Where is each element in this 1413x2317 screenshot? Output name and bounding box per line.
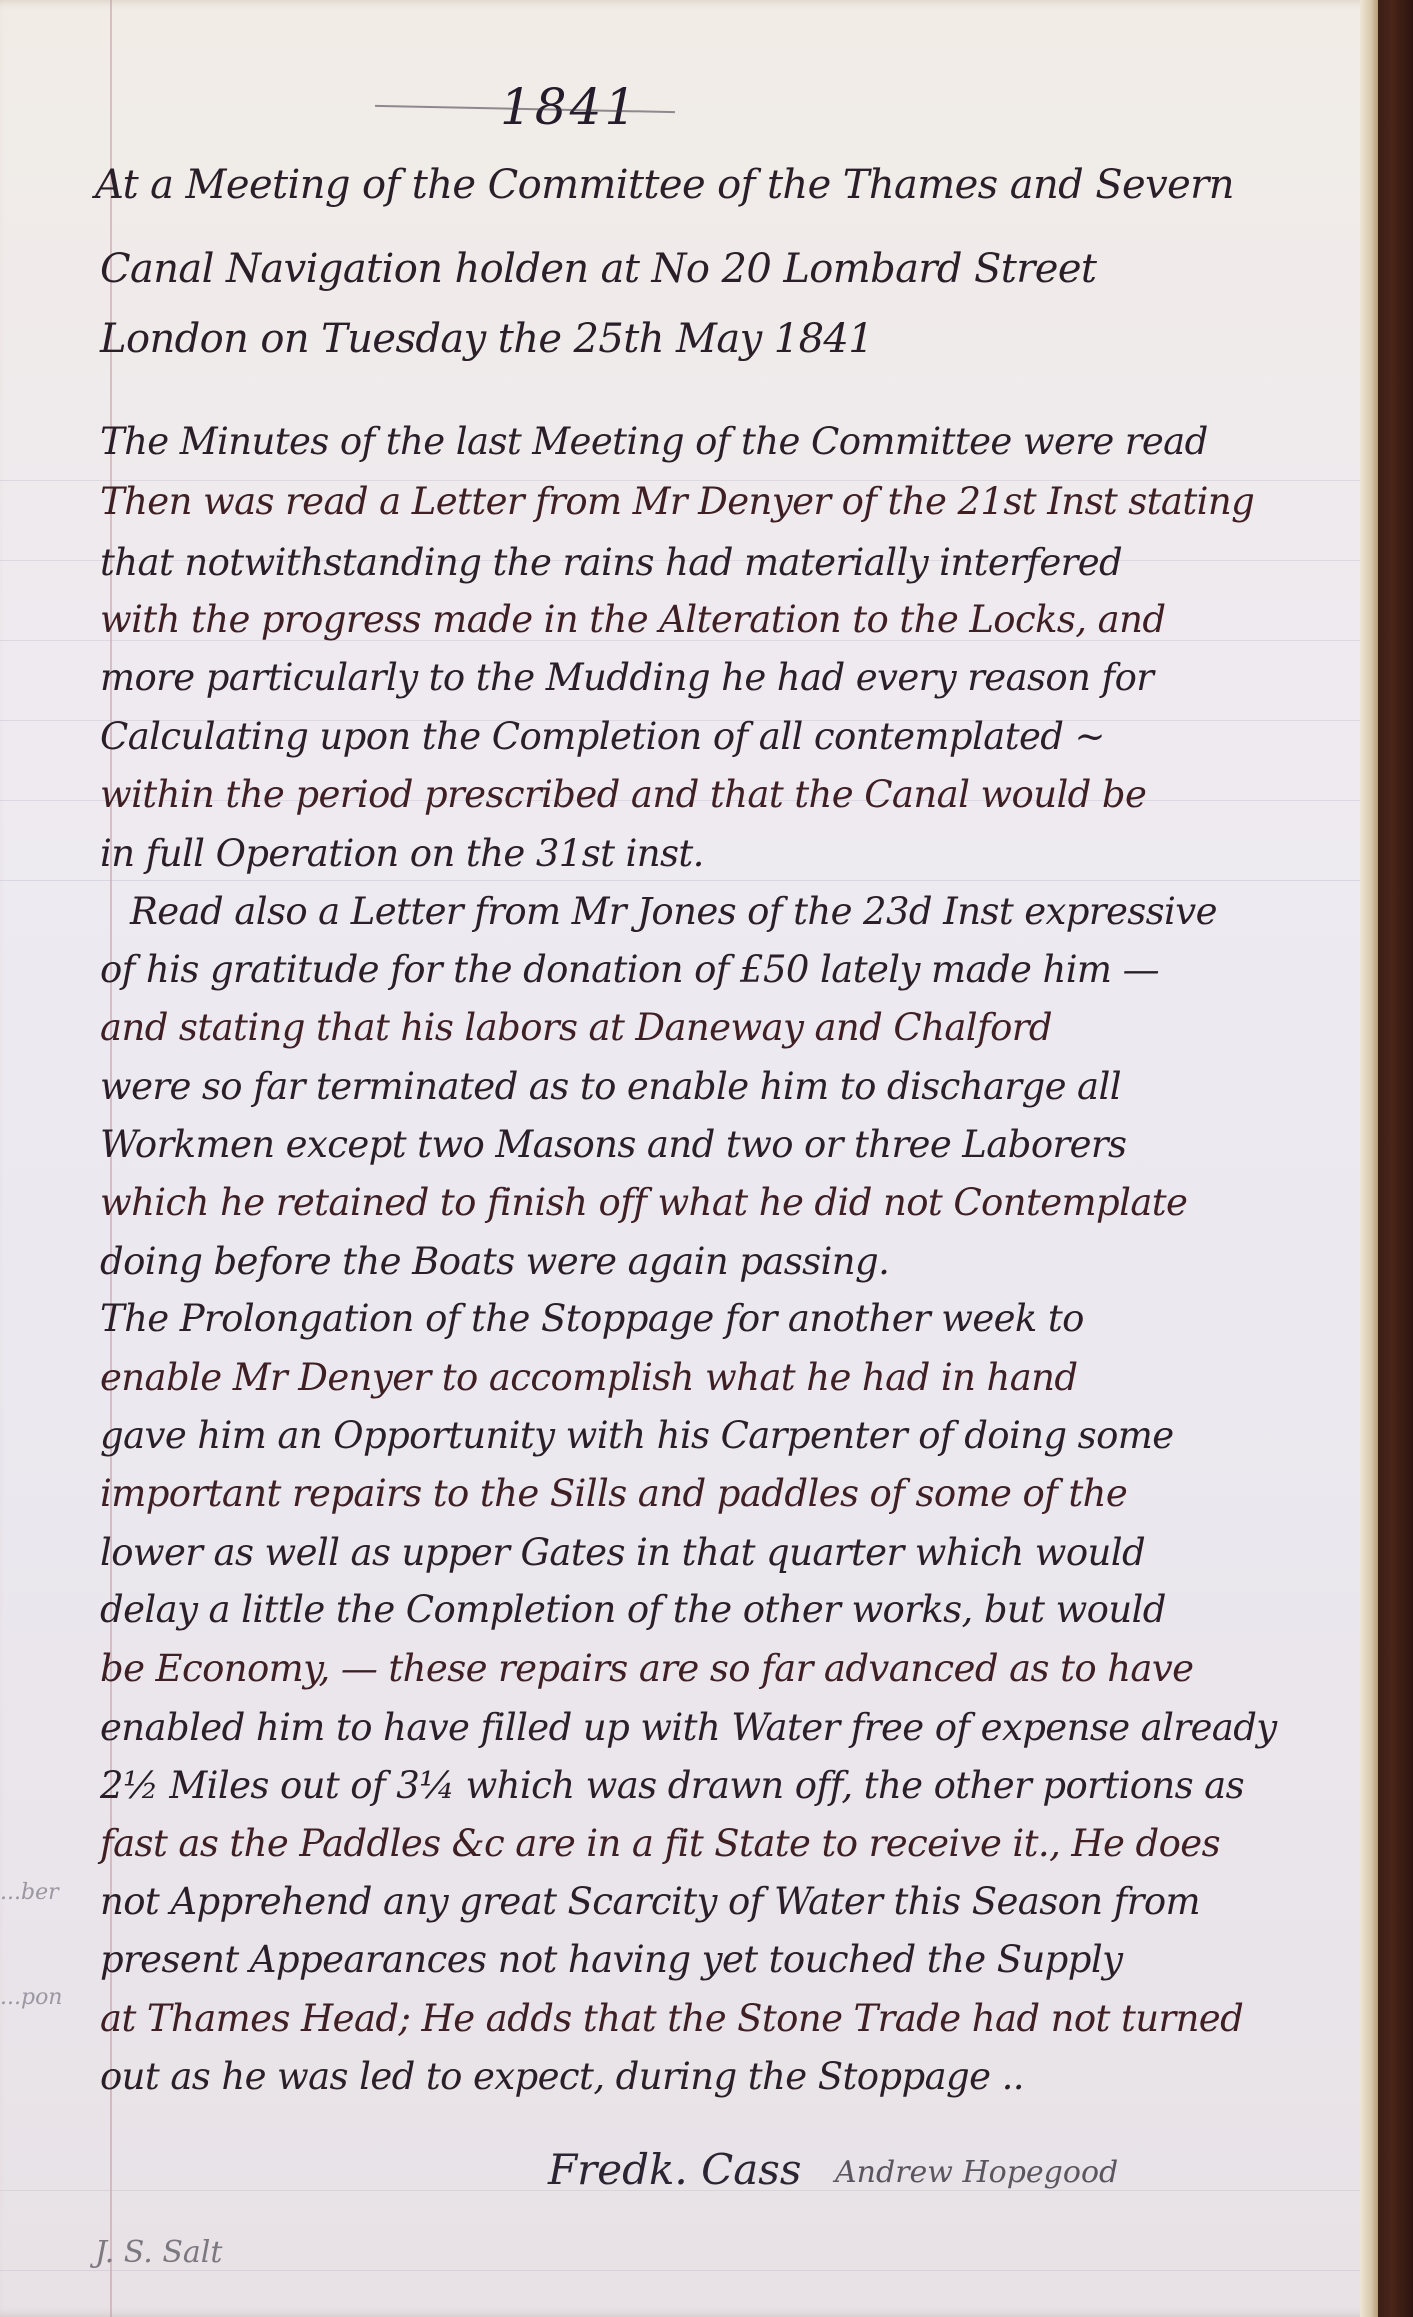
signature-chairman: Fredk. Cass [548,2145,801,2194]
minute-line: out as he was led to expect, during the … [100,2055,1024,2098]
minute-line: enabled him to have filled up with Water… [100,1706,1277,1749]
minute-line: lower as well as upper Gates in that qua… [100,1531,1145,1574]
minute-line: delay a little the Completion of the oth… [100,1588,1166,1631]
minute-line: important repairs to the Sills and paddl… [100,1472,1127,1515]
minute-line: doing before the Boats were again passin… [100,1240,889,1283]
margin-note: ...pon [0,1985,62,2010]
minute-line: 2½ Miles out of 3¼ which was drawn off, … [100,1764,1244,1807]
margin-note: ...ber [0,1880,59,1905]
minute-line: Read also a Letter from Mr Jones of the … [130,890,1217,933]
heading-line: London on Tuesday the 25th May 1841 [100,316,873,362]
manuscript-page: 1841 At a Meeting of the Committee of th… [0,0,1378,2317]
minute-line: with the progress made in the Alteration… [100,598,1165,641]
signature-secondary: Andrew Hopegood [835,2155,1118,2190]
minute-line: The Minutes of the last Meeting of the C… [100,420,1208,463]
minute-line: Calculating upon the Completion of all c… [100,715,1105,758]
book-binding [1378,0,1413,2317]
minute-line: fast as the Paddles &c are in a fit Stat… [100,1822,1220,1865]
minute-line: at Thames Head; He adds that the Stone T… [100,1997,1243,2040]
minute-line: gave him an Opportunity with his Carpent… [100,1414,1174,1457]
minute-line: in full Operation on the 31st inst. [100,832,704,875]
minute-line: enable Mr Denyer to accomplish what he h… [100,1356,1077,1399]
minute-line: more particularly to the Mudding he had … [100,656,1153,699]
minute-line: of his gratitude for the donation of £50… [100,948,1159,991]
minute-line: within the period prescribed and that th… [100,773,1146,816]
page-edge [1360,0,1378,2317]
minute-line: The Prolongation of the Stoppage for ano… [100,1297,1084,1340]
minute-line: Then was read a Letter from Mr Denyer of… [100,480,1254,523]
minute-line: which he retained to finish off what he … [100,1181,1187,1224]
ruled-line [0,2270,1378,2271]
signature-tertiary: J. S. Salt [95,2235,222,2270]
heading-line: Canal Navigation holden at No 20 Lombard… [100,246,1096,292]
minute-line: were so far terminated as to enable him … [100,1065,1121,1108]
minute-line: and stating that his labors at Daneway a… [100,1006,1052,1049]
ruled-line [0,880,1378,881]
minute-line: that notwithstanding the rains had mater… [100,541,1122,584]
minute-line: not Apprehend any great Scarcity of Wate… [100,1880,1200,1923]
minute-line: present Appearances not having yet touch… [100,1938,1122,1981]
heading-line: At a Meeting of the Committee of the Tha… [95,162,1234,208]
minute-line: be Economy, — these repairs are so far a… [100,1647,1193,1690]
minute-line: Workmen except two Masons and two or thr… [100,1123,1126,1166]
